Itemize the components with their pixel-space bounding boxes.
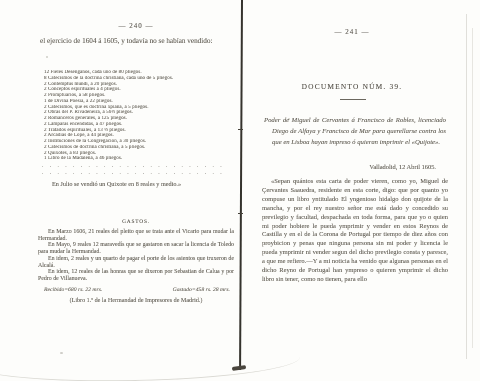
gastos-entry: En idem, 2 reales y un quarto de pagar e… [38, 256, 234, 269]
document-heading: DOCUMENTO NÚM. 39. [260, 82, 444, 91]
inventory-list: 12 Fieles Desengaños, cada uno de 80 pli… [44, 70, 234, 162]
right-page-number: — 241 — [260, 28, 444, 36]
quixote-sale-note: En Julio se vendió un Quixote en 8 reale… [40, 181, 234, 188]
left-intro-paragraph: el ejercicio de 1604 á 1605, y todavía n… [40, 36, 234, 46]
total-spent: Gastado=458 rs. 28 mrs. [173, 287, 230, 293]
gastos-entry: En Mayo, 9 reales 12 maravedís que se ga… [38, 242, 234, 255]
scan-speck [46, 56, 48, 58]
inventory-item: 1 Libro de la Madalena, a 46 pliegos. [44, 156, 234, 162]
heading-rule [340, 99, 366, 100]
center-fold-line [239, 0, 243, 370]
right-page-edge [472, 28, 473, 348]
ellipsis-rows: . . . . . . . . . . . . . . . . . . . . … [42, 163, 230, 177]
gastos-entry: En idem, 12 reales de las honras que se … [38, 269, 234, 282]
fold-tick [238, 213, 243, 214]
page-bottom-edge [0, 337, 300, 381]
gastos-paragraphs: En Marzo 1606, 21 reales del pleito que … [38, 229, 234, 283]
document-title-summary: Poder de Miguel de Cervantes á Francisco… [264, 115, 446, 149]
ellipsis-row: . . . . . . . . . . . . . . . . . . . . … [42, 170, 230, 177]
document-body-paragraph: «Sepan quántos esta carta de poder viere… [262, 178, 448, 285]
scan-speck [60, 352, 63, 354]
total-received: Recibido=680 rs. 22 mrs. [44, 287, 102, 293]
left-page-number: — 240 — [38, 22, 234, 30]
totals-row: Recibido=680 rs. 22 mrs. Gastado=458 rs.… [44, 287, 230, 293]
book-scan: — 240 — el ejercicio de 1604 á 1605, y t… [0, 0, 480, 381]
right-page-edge [466, 14, 467, 359]
gastos-heading: GASTOS. [38, 219, 234, 225]
gastos-entry: En Marzo 1606, 21 reales del pleito que … [38, 229, 234, 242]
source-note: (Libro 1.º de la Hermandad de Impresores… [38, 298, 234, 304]
ellipsis-row: . . . . . . . . . . . . . . . . . . . . … [42, 163, 230, 170]
fold-tick [238, 129, 243, 130]
dateline: Valladolid, 12 Abril 1605. [260, 164, 442, 171]
